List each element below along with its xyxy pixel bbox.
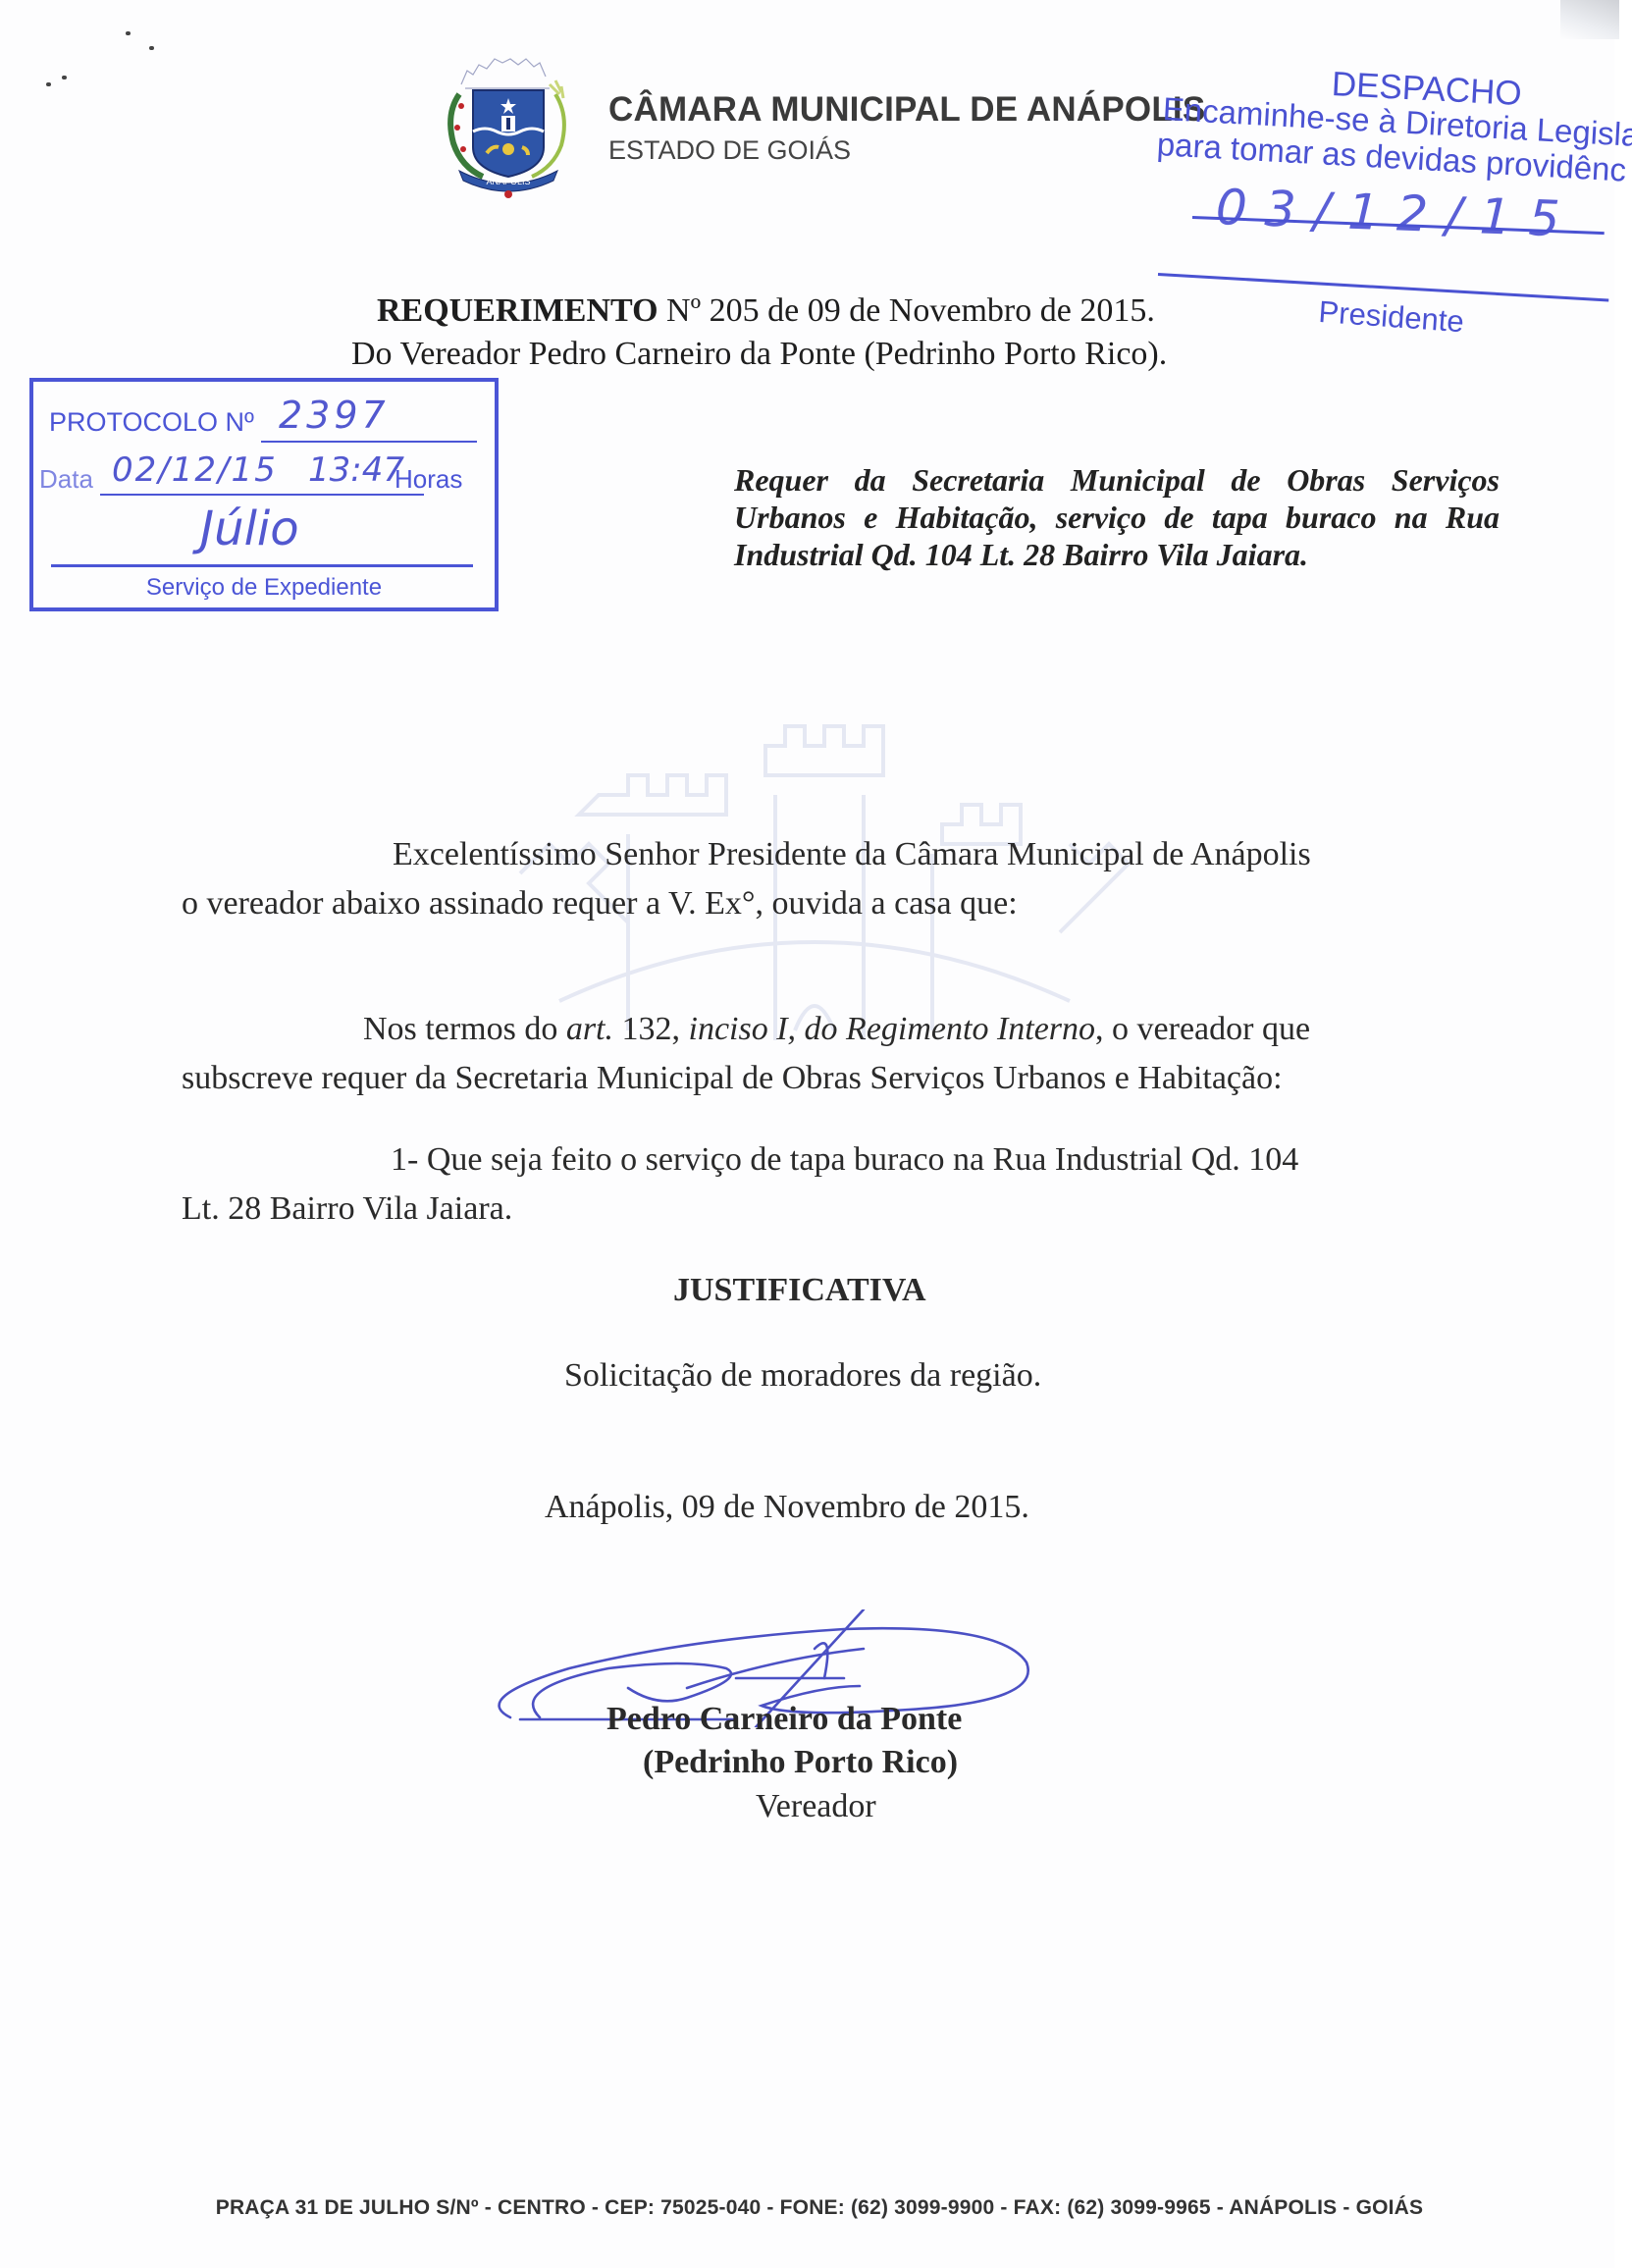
protocol-signature-line: [51, 564, 473, 567]
page-fold-shadow: [1560, 0, 1619, 39]
scan-speck: [149, 46, 154, 50]
document-type: REQUERIMENTO: [377, 292, 658, 329]
signatory-name: Pedro Carneiro da Ponte: [606, 1701, 962, 1738]
protocol-date-value: 02/12/15: [112, 450, 278, 490]
summary-line: Industrial Qd. 104 Lt. 28 Bairro Vila Ja…: [734, 536, 1500, 573]
text-run: Nos termos do: [363, 1011, 566, 1047]
summary-line: Requer da Secretaria Municipal de Obras …: [734, 461, 1500, 499]
scan-speck: [46, 82, 51, 86]
text-run: 132,: [613, 1011, 689, 1047]
justification-heading: JUSTIFICATIVA: [673, 1272, 926, 1309]
text-run: , o vereador que: [1095, 1011, 1310, 1047]
protocol-stamp: PROTOCOLO Nº 2397 Data 02/12/15 13:47 Ho…: [29, 378, 499, 611]
text-run: inciso I, do Regimento Interno: [689, 1011, 1096, 1047]
svg-text:ANÁPOLIS: ANÁPOLIS: [486, 177, 530, 186]
salutation-line2: o vereador abaixo assinado requer a V. E…: [182, 885, 1018, 923]
protocol-date-label: Data: [39, 464, 93, 495]
protocol-time-value: 13:47: [308, 450, 404, 490]
request-item-line2: Lt. 28 Bairro Vila Jaiara.: [182, 1190, 512, 1228]
signatory-nickname: (Pedrinho Porto Rico): [643, 1744, 958, 1781]
legal-basis-line1: Nos termos do art. 132, inciso I, do Reg…: [363, 1011, 1310, 1048]
scan-speck: [126, 31, 131, 35]
institution-name: CÂMARA MUNICIPAL DE ANÁPOLIS: [608, 90, 1205, 130]
protocol-date-line: [100, 494, 424, 496]
summary-line: Urbanos e Habitação, serviço de tapa bur…: [734, 499, 1500, 536]
justification-text: Solicitação de moradores da região.: [564, 1357, 1041, 1395]
signatory-role: Vereador: [756, 1788, 876, 1825]
legal-basis-line2: subscreve requer da Secretaria Municipal…: [182, 1060, 1283, 1097]
watermark-crest-icon: [481, 707, 1148, 1217]
protocol-label: PROTOCOLO Nº: [49, 407, 254, 438]
request-item-line1: 1- Que seja feito o serviço de tapa bura…: [391, 1141, 1298, 1179]
scan-speck: [62, 76, 67, 79]
protocol-signature: Júlio: [200, 501, 299, 556]
document-title: REQUERIMENTO Nº 205 de 09 de Novembro de…: [377, 292, 1155, 330]
text-run: art.: [566, 1011, 613, 1047]
document-number-date: Nº 205 de 09 de Novembro de 2015.: [658, 292, 1155, 329]
protocol-department: Serviço de Expediente: [33, 574, 495, 602]
document-author: Do Vereador Pedro Carneiro da Ponte (Ped…: [351, 336, 1167, 373]
protocol-number: 2397: [279, 394, 390, 437]
protocol-hours-label: Horas: [395, 464, 462, 495]
protocol-number-line: [261, 441, 477, 443]
municipal-crest-icon: ANÁPOLIS: [432, 55, 584, 202]
request-summary: Requer da Secretaria Municipal de Obras …: [734, 461, 1500, 573]
place-date: Anápolis, 09 de Novembro de 2015.: [545, 1489, 1029, 1526]
salutation-line1: Excelentíssimo Senhor Presidente da Câma…: [393, 836, 1311, 873]
footer-address: PRAÇA 31 DE JULHO S/Nº - CENTRO - CEP: 7…: [118, 2196, 1521, 2220]
state-name: ESTADO DE GOIÁS: [608, 135, 851, 166]
